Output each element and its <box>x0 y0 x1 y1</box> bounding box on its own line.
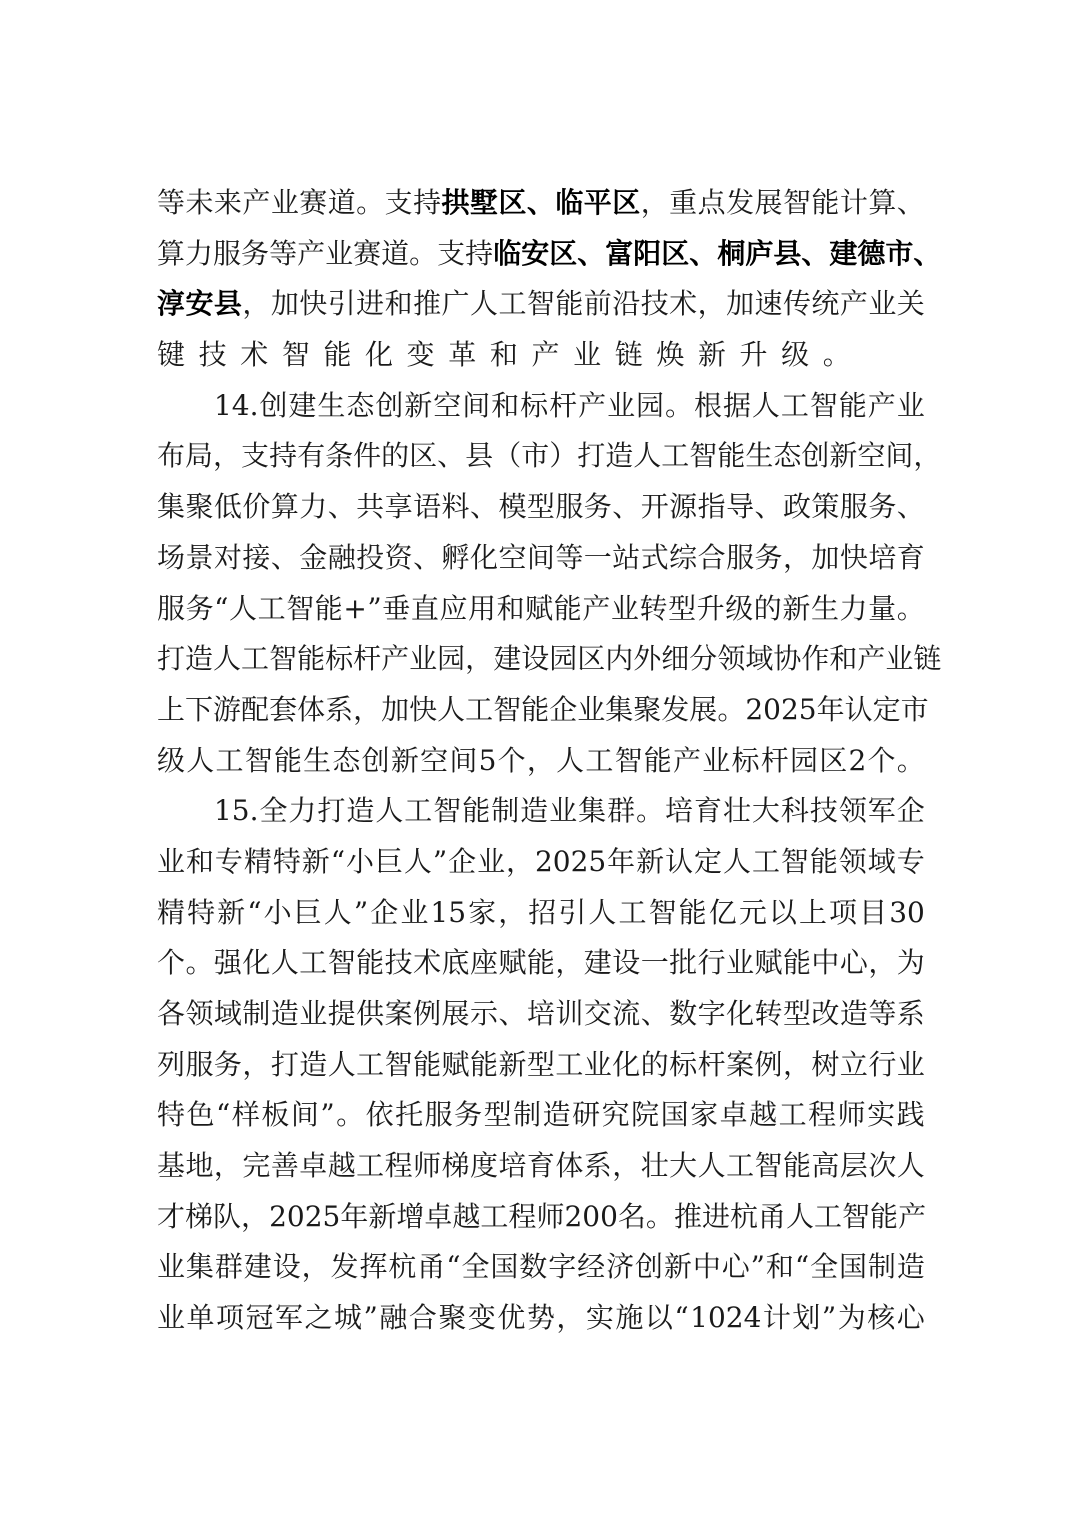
text-line: 特色“样板间”。依托服务型制造研究院国家卓越工程师实践 <box>157 1090 925 1141</box>
text-line: 淳安县，加快引进和推广人工智能前沿技术，加速传统产业关 <box>157 279 925 330</box>
text-line: 业和专精特新“小巨人”企业，2025年新认定人工智能领域专 <box>157 837 925 888</box>
text-line: 打造人工智能标杆产业园，建设园区内外细分领域协作和产业链 <box>157 634 925 685</box>
text-line: 上下游配套体系，加快人工智能企业集聚发展。2025年认定市 <box>157 685 925 736</box>
text-line: 键技术智能化变革和产业链焕新升级。 <box>157 330 925 381</box>
text-line: 个。强化人工智能技术底座赋能，建设一批行业赋能中心，为 <box>157 938 925 989</box>
text-line: 业单项冠军之城”融合聚变优势，实施以“1024计划”为核心 <box>157 1293 925 1344</box>
document-body: 等未来产业赛道。支持拱墅区、临平区，重点发展智能计算、算力服务等产业赛道。支持临… <box>157 178 925 1344</box>
text-line: 场景对接、金融投资、孵化空间等一站式综合服务，加快培育 <box>157 533 925 584</box>
document-page: 等未来产业赛道。支持拱墅区、临平区，重点发展智能计算、算力服务等产业赛道。支持临… <box>0 0 1080 1527</box>
text-line: 基地，完善卓越工程师梯度培育体系，壮大人工智能高层次人 <box>157 1141 925 1192</box>
text-line: 业集群建设，发挥杭甬“全国数字经济创新中心”和“全国制造 <box>157 1242 925 1293</box>
text-line: 算力服务等产业赛道。支持临安区、富阳区、桐庐县、建德市、 <box>157 229 925 280</box>
text-line: 精特新“小巨人”企业15家，招引人工智能亿元以上项目30 <box>157 888 925 939</box>
text-line: 各领域制造业提供案例展示、培训交流、数字化转型改造等系 <box>157 989 925 1040</box>
text-line: 等未来产业赛道。支持拱墅区、临平区，重点发展智能计算、 <box>157 178 925 229</box>
text-line: 列服务，打造人工智能赋能新型工业化的标杆案例，树立行业 <box>157 1040 925 1091</box>
text-line: 级人工智能生态创新空间5个，人工智能产业标杆园区2个。 <box>157 736 925 787</box>
text-line: 服务“人工智能+”垂直应用和赋能产业转型升级的新生力量。 <box>157 584 925 635</box>
text-line: 15.全力打造人工智能制造业集群。培育壮大科技领军企 <box>157 786 925 837</box>
text-line: 布局，支持有条件的区、县（市）打造人工智能生态创新空间， <box>157 431 925 482</box>
text-line: 才梯队，2025年新增卓越工程师200名。推进杭甬人工智能产 <box>157 1192 925 1243</box>
text-line: 集聚低价算力、共享语料、模型服务、开源指导、政策服务、 <box>157 482 925 533</box>
text-line: 14.创建生态创新空间和标杆产业园。根据人工智能产业 <box>157 381 925 432</box>
